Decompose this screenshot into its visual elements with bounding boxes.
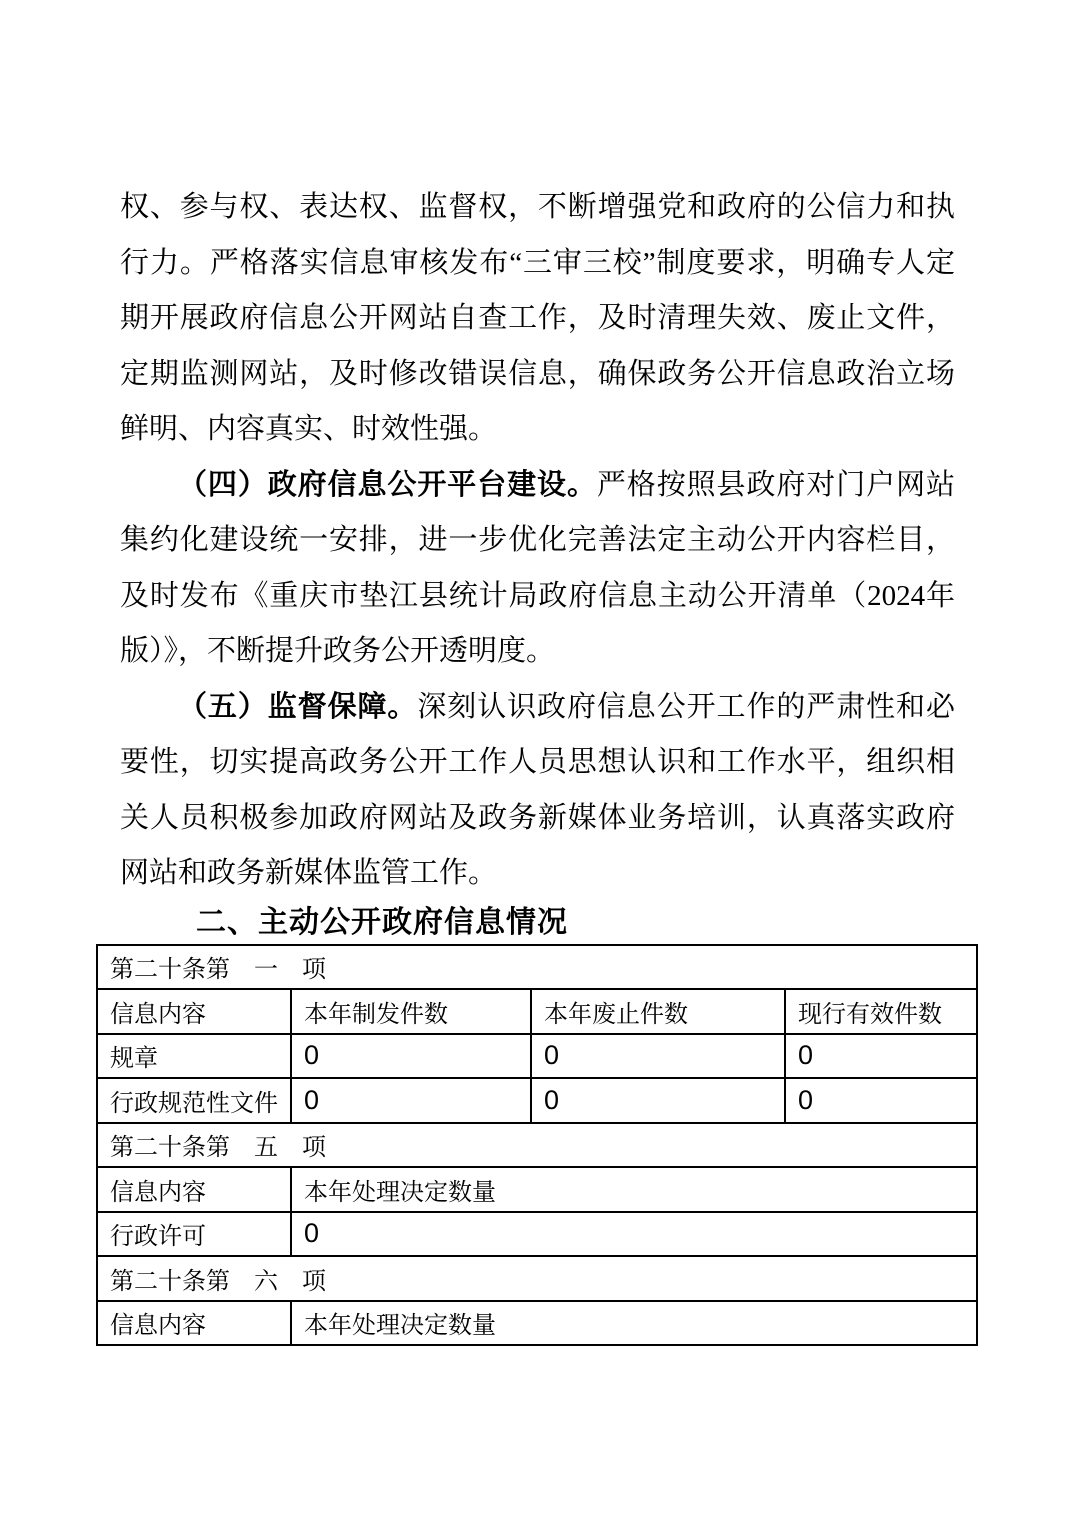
table-section-title: 第二十条第 五 项 (97, 1123, 977, 1168)
table-header-cell: 现行有效件数 (785, 989, 977, 1034)
table-cell-value: 0 (785, 1034, 977, 1079)
table-header-cell: 本年处理决定数量 (291, 1167, 977, 1212)
paragraph-lead: （五）监督保障。 (178, 691, 417, 723)
table-cell-category: 行政许可 (97, 1212, 291, 1257)
paragraph-section-4: （四）政府信息公开平台建设。严格按照县政府对门户网站集约化建设统一安排，进一步优… (120, 458, 955, 680)
table-header-cell: 信息内容 (97, 1167, 291, 1212)
table-header-cell: 本年处理决定数量 (291, 1301, 977, 1346)
table-cell-value: 0 (531, 1078, 785, 1123)
table-row: 信息内容 本年制发件数 本年废止件数 现行有效件数 (97, 989, 977, 1034)
paragraph-text: 权、参与权、表达权、监督权，不断增强党和政府的公信力和执行力。严格落实信息审核发… (120, 191, 955, 445)
table-row: 第二十条第 一 项 (97, 945, 977, 990)
info-disclosure-table: 第二十条第 一 项 信息内容 本年制发件数 本年废止件数 现行有效件数 规章 0… (96, 944, 978, 1347)
paragraph-lead: （四）政府信息公开平台建设。 (178, 469, 597, 501)
table-cell-value: 0 (291, 1078, 531, 1123)
table-row: 信息内容 本年处理决定数量 (97, 1301, 977, 1346)
table-section-title: 第二十条第 六 项 (97, 1256, 977, 1301)
document-body: 权、参与权、表达权、监督权，不断增强党和政府的公信力和执行力。严格落实信息审核发… (0, 0, 1074, 943)
document-page: 权、参与权、表达权、监督权，不断增强党和政府的公信力和执行力。严格落实信息审核发… (0, 0, 1074, 1520)
table-header-cell: 本年制发件数 (291, 989, 531, 1034)
paragraph-section-5: （五）监督保障。深刻认识政府信息公开工作的严肃性和必要性，切实提高政务公开工作人… (120, 680, 955, 902)
table-row: 规章 0 0 0 (97, 1034, 977, 1079)
table-header-cell: 本年废止件数 (531, 989, 785, 1034)
table-cell-value: 0 (531, 1034, 785, 1079)
table-header-cell: 信息内容 (97, 1301, 291, 1346)
table-row: 第二十条第 六 项 (97, 1256, 977, 1301)
section-heading: 二、主动公开政府信息情况 (120, 903, 955, 943)
table-header-cell: 信息内容 (97, 989, 291, 1034)
table-cell-category: 行政规范性文件 (97, 1078, 291, 1123)
table-row: 行政许可 0 (97, 1212, 977, 1257)
table-row: 信息内容 本年处理决定数量 (97, 1167, 977, 1212)
paragraph-continuation: 权、参与权、表达权、监督权，不断增强党和政府的公信力和执行力。严格落实信息审核发… (120, 180, 955, 458)
table-cell-value: 0 (291, 1212, 977, 1257)
table-section-title: 第二十条第 一 项 (97, 945, 977, 990)
table-cell-value: 0 (785, 1078, 977, 1123)
table-row: 行政规范性文件 0 0 0 (97, 1078, 977, 1123)
table-row: 第二十条第 五 项 (97, 1123, 977, 1168)
table-cell-value: 0 (291, 1034, 531, 1079)
table-cell-category: 规章 (97, 1034, 291, 1079)
